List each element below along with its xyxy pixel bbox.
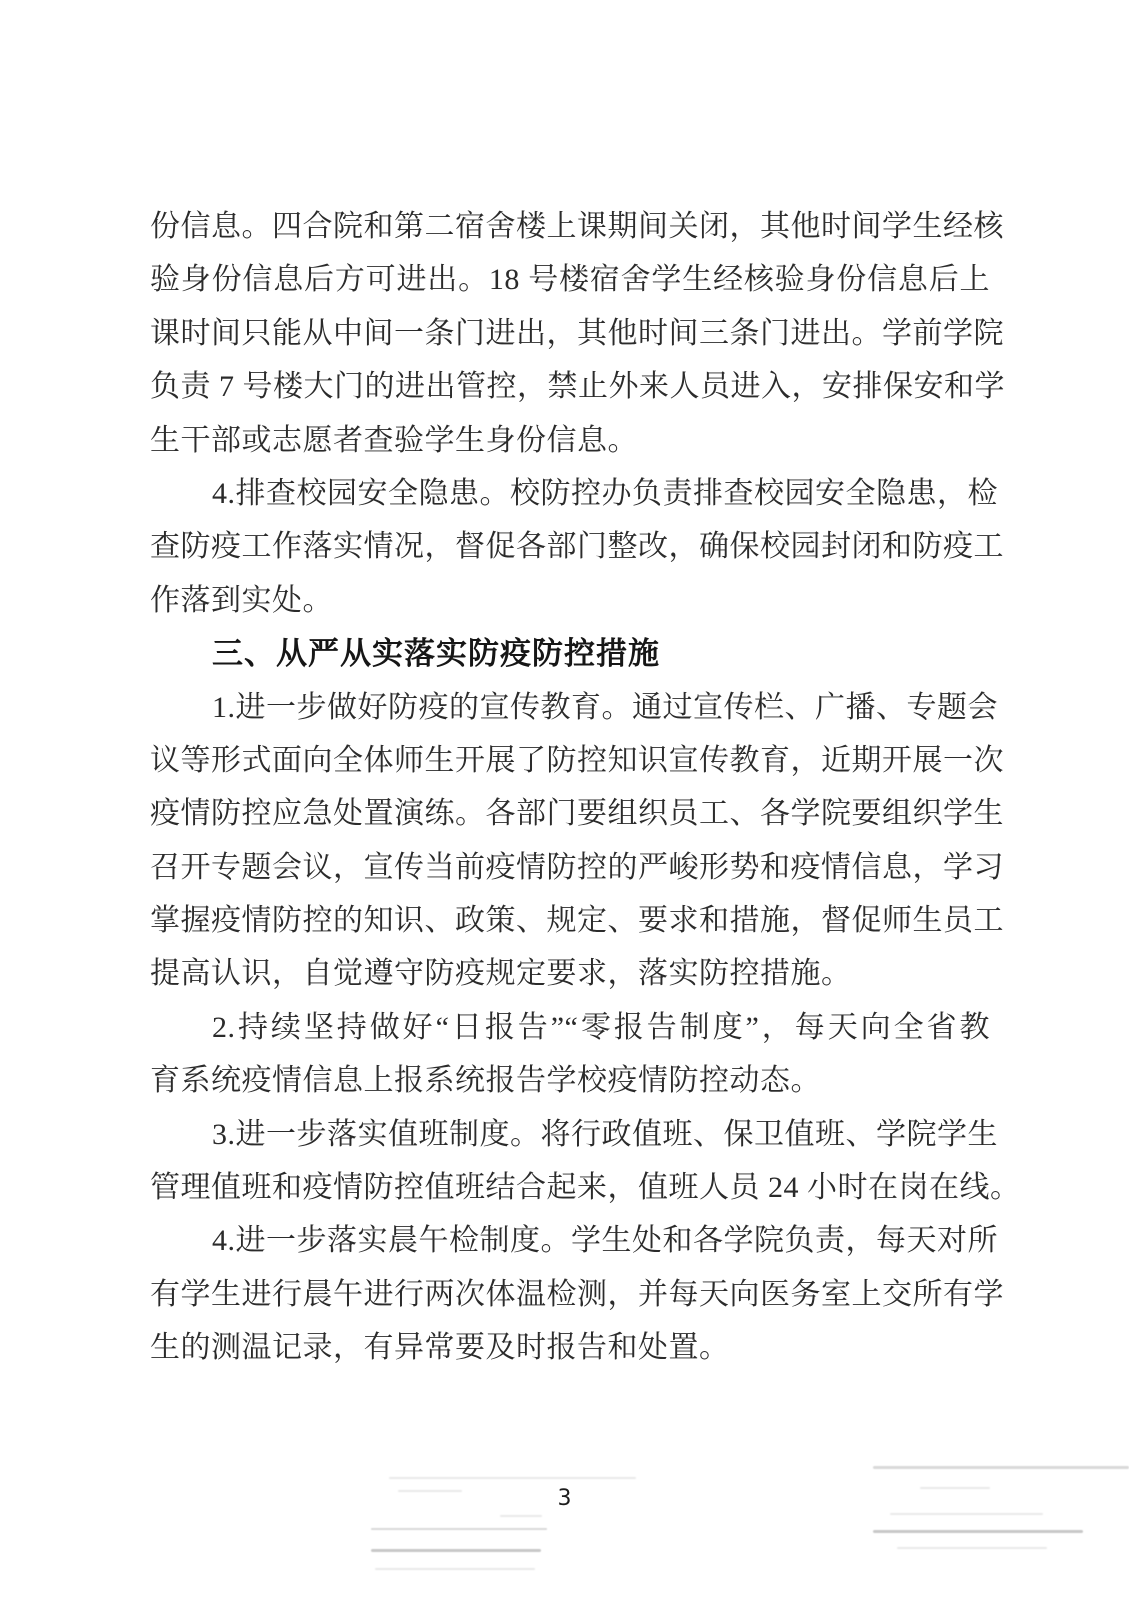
scan-artifact: [920, 1487, 990, 1489]
scan-artifact: [371, 1549, 541, 1552]
scan-artifact: [890, 1513, 1043, 1515]
text-line: 作落到实处。: [150, 574, 990, 627]
text-line: 4.排查校园安全隐患。校防控办负责排查校园安全隐患，检: [150, 467, 990, 520]
text-line: 课时间只能从中间一条门进出，其他时间三条门进出。学前学院: [150, 307, 990, 360]
scan-artifact: [371, 1528, 547, 1530]
text-line: 议等形式面向全体师生开展了防控知识宣传教育，近期开展一次: [150, 734, 990, 787]
scan-artifact: [873, 1530, 1083, 1533]
text-line: 3.进一步落实值班制度。将行政值班、保卫值班、学院学生: [150, 1108, 990, 1161]
document-page: 份信息。四合院和第二宿舍楼上课期间关闭，其他时间学生经核 验身份信息后方可进出。…: [0, 0, 1129, 1600]
scan-artifact: [897, 1547, 1047, 1549]
text-line: 验身份信息后方可进出。18 号楼宿舍学生经核验身份信息后上: [150, 253, 990, 306]
document-body: 份信息。四合院和第二宿舍楼上课期间关闭，其他时间学生经核 验身份信息后方可进出。…: [150, 200, 990, 1375]
text-line: 生干部或志愿者查验学生身份信息。: [150, 414, 990, 467]
text-line: 负责 7 号楼大门的进出管控，禁止外来人员进入，安排保安和学: [150, 360, 990, 413]
text-line: 有学生进行晨午进行两次体温检测，并每天向医务室上交所有学: [150, 1268, 990, 1321]
text-line: 提高认识，自觉遵守防疫规定要求，落实防控措施。: [150, 947, 990, 1000]
text-line: 4.进一步落实晨午检制度。学生处和各学院负责，每天对所: [150, 1214, 990, 1267]
section-heading: 三、从严从实落实防疫防控措施: [150, 627, 990, 680]
text-line: 掌握疫情防控的知识、政策、规定、要求和措施，督促师生员工: [150, 894, 990, 947]
text-line: 1.进一步做好防疫的宣传教育。通过宣传栏、广播、专题会: [150, 681, 990, 734]
text-line: 2.持续坚持做好“日报告”“零报告制度”，每天向全省教: [150, 1001, 990, 1054]
text-line: 管理值班和疫情防控值班结合起来，值班人员 24 小时在岗在线。: [150, 1161, 990, 1214]
text-line: 生的测温记录，有异常要及时报告和处置。: [150, 1321, 990, 1374]
scan-artifact: [389, 1477, 636, 1479]
scan-artifact: [375, 1568, 535, 1570]
text-line: 召开专题会议，宣传当前疫情防控的严峻形势和疫情信息，学习: [150, 841, 990, 894]
text-line: 查防疫工作落实情况，督促各部门整改，确保校园封闭和防疫工: [150, 520, 990, 573]
scan-artifact: [398, 1490, 462, 1492]
text-line: 育系统疫情信息上报系统报告学校疫情防控动态。: [150, 1054, 990, 1107]
page-number: 3: [0, 1486, 1129, 1511]
text-line: 份信息。四合院和第二宿舍楼上课期间关闭，其他时间学生经核: [150, 200, 990, 253]
scan-artifact: [500, 1515, 542, 1517]
text-line: 疫情防控应急处置演练。各部门要组织员工、各学院要组织学生: [150, 787, 990, 840]
scan-artifact: [873, 1466, 1129, 1469]
